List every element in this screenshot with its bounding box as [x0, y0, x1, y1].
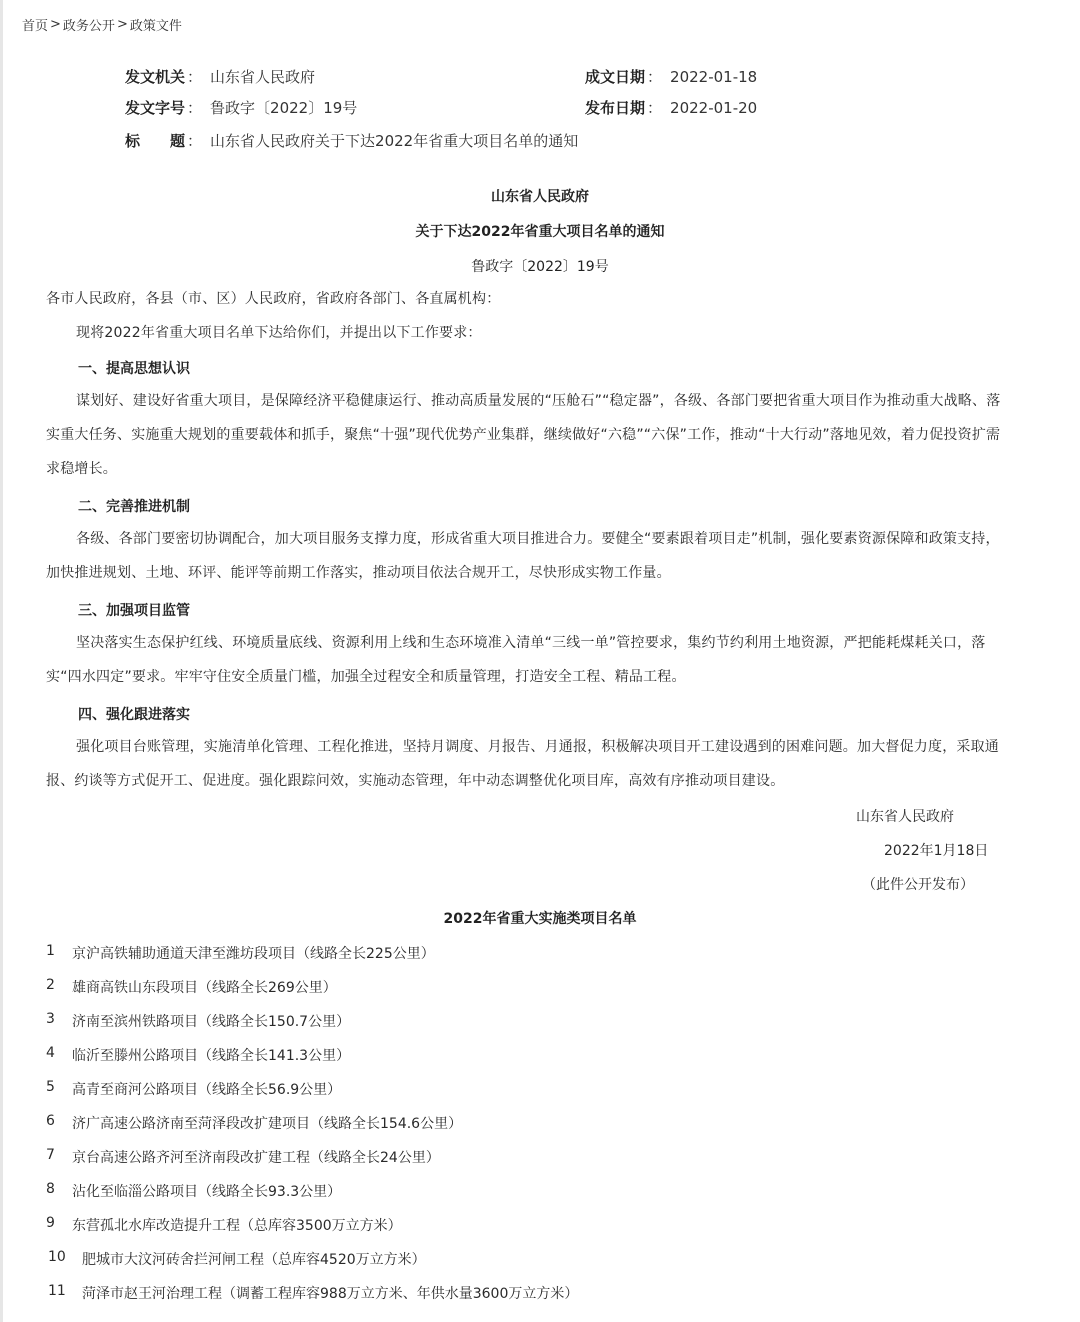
project-number: 1 — [46, 943, 72, 963]
publish-note: （此件公开发布） — [862, 874, 974, 894]
section-body-2: 各级、各部门要密切协调配合，加大项目服务支撑力度，形成省重大项目推进合力。要健全… — [46, 522, 1006, 590]
project-text: 高青至商河公路项目（线路全长56.9公里） — [72, 1079, 341, 1099]
section-heading-1: 一、提高思想认识 — [78, 358, 190, 378]
section-body-3: 坚决落实生态保护红线、环境质量底线、资源利用上线和生态环境准入清单“三线一单”管… — [46, 626, 1006, 694]
meta-doc-no-value: 鲁政字〔2022〕19号 — [210, 97, 357, 118]
meta-title-value: 山东省人民政府关于下达2022年省重大项目名单的通知 — [210, 130, 578, 151]
doc-number: 鲁政字〔2022〕19号 — [0, 256, 1080, 276]
project-number: 8 — [46, 1181, 72, 1201]
project-list-item: 4临沂至滕州公路项目（线路全长141.3公里） — [46, 1045, 350, 1065]
doc-intro: 现将2022年省重大项目名单下达给你们，并提出以下工作要求： — [46, 316, 1006, 350]
doc-title: 关于下达2022年省重大项目名单的通知 — [0, 221, 1080, 241]
project-list-item: 3济南至滨州铁路项目（线路全长150.7公里） — [46, 1011, 350, 1031]
meta-doc-no-label: 发文字号 — [125, 97, 185, 118]
signature-date: 2022年1月18日 — [884, 840, 988, 860]
meta-issuer-value: 山东省人民政府 — [210, 66, 315, 87]
meta-publish-date: 发布日期 ： 2022-01-20 — [585, 97, 757, 118]
meta-written-date: 成文日期 ： 2022-01-18 — [585, 66, 757, 87]
meta-publish-date-label: 发布日期 — [585, 97, 645, 118]
section-heading-2: 二、完善推进机制 — [78, 496, 190, 516]
breadcrumb-separator: > — [50, 17, 61, 32]
project-list-item: 5高青至商河公路项目（线路全长56.9公里） — [46, 1079, 341, 1099]
meta-issuer-label: 发文机关 — [125, 66, 185, 87]
section-body-4: 强化项目台账管理，实施清单化管理、工程化推进，坚持月调度、月报告、月通报，积极解… — [46, 730, 1006, 798]
project-list-item: 2雄商高铁山东段项目（线路全长269公里） — [46, 977, 337, 997]
breadcrumb-separator: > — [117, 17, 128, 32]
project-number: 10 — [48, 1249, 82, 1269]
doc-recipients: 各市人民政府，各县（市、区）人民政府，省政府各部门、各直属机构： — [46, 282, 1006, 316]
project-list-item: 8沾化至临淄公路项目（线路全长93.3公里） — [46, 1181, 341, 1201]
project-number: 2 — [46, 977, 72, 997]
project-list-item: 10肥城市大汶河砖舍拦河闸工程（总库容4520万立方米） — [48, 1249, 426, 1269]
breadcrumb-home[interactable]: 首页 — [22, 15, 48, 34]
project-text: 雄商高铁山东段项目（线路全长269公里） — [72, 977, 337, 997]
project-list-title: 2022年省重大实施类项目名单 — [0, 908, 1080, 928]
project-text: 东营孤北水库改造提升工程（总库容3500万立方米） — [72, 1215, 402, 1235]
project-list-item: 11菏泽市赵王河治理工程（调蓄工程库容988万立方米、年供水量3600万立方米） — [48, 1283, 578, 1303]
signature-org: 山东省人民政府 — [856, 806, 954, 826]
project-list-item: 7京台高速公路齐河至济南段改扩建工程（线路全长24公里） — [46, 1147, 440, 1167]
project-text: 沾化至临淄公路项目（线路全长93.3公里） — [72, 1181, 341, 1201]
project-number: 6 — [46, 1113, 72, 1133]
section-heading-3: 三、加强项目监管 — [78, 600, 190, 620]
meta-title: 标 题 ： 山东省人民政府关于下达2022年省重大项目名单的通知 — [125, 130, 578, 151]
breadcrumb-policy-docs[interactable]: 政策文件 — [130, 15, 182, 34]
meta-written-date-value: 2022-01-18 — [670, 68, 757, 86]
meta-doc-no: 发文字号 ： 鲁政字〔2022〕19号 — [125, 97, 357, 118]
breadcrumb-gov-affairs[interactable]: 政务公开 — [63, 15, 115, 34]
project-list-item: 6济广高速公路济南至菏泽段改扩建项目（线路全长154.6公里） — [46, 1113, 462, 1133]
project-text: 京沪高铁辅助通道天津至潍坊段项目（线路全长225公里） — [72, 943, 435, 963]
project-number: 4 — [46, 1045, 72, 1065]
project-text: 济南至滨州铁路项目（线路全长150.7公里） — [72, 1011, 350, 1031]
project-list-item: 9东营孤北水库改造提升工程（总库容3500万立方米） — [46, 1215, 402, 1235]
meta-publish-date-value: 2022-01-20 — [670, 99, 757, 117]
project-number: 9 — [46, 1215, 72, 1235]
project-list-item: 1京沪高铁辅助通道天津至潍坊段项目（线路全长225公里） — [46, 943, 435, 963]
project-text: 京台高速公路齐河至济南段改扩建工程（线路全长24公里） — [72, 1147, 440, 1167]
project-number: 7 — [46, 1147, 72, 1167]
project-text: 临沂至滕州公路项目（线路全长141.3公里） — [72, 1045, 350, 1065]
project-text: 菏泽市赵王河治理工程（调蓄工程库容988万立方米、年供水量3600万立方米） — [82, 1283, 578, 1303]
project-text: 济广高速公路济南至菏泽段改扩建项目（线路全长154.6公里） — [72, 1113, 462, 1133]
project-text: 肥城市大汶河砖舍拦河闸工程（总库容4520万立方米） — [82, 1249, 426, 1269]
section-heading-4: 四、强化跟进落实 — [78, 704, 190, 724]
section-body-1: 谋划好、建设好省重大项目，是保障经济平稳健康运行、推动高质量发展的“压舱石”“稳… — [46, 384, 1006, 486]
project-number: 5 — [46, 1079, 72, 1099]
project-number: 3 — [46, 1011, 72, 1031]
meta-title-label: 标 题 — [125, 130, 185, 151]
meta-issuer: 发文机关 ： 山东省人民政府 — [125, 66, 315, 87]
breadcrumb: 首页 > 政务公开 > 政策文件 — [22, 15, 182, 34]
doc-org: 山东省人民政府 — [0, 186, 1080, 206]
meta-written-date-label: 成文日期 — [585, 66, 645, 87]
project-number: 11 — [48, 1283, 82, 1303]
